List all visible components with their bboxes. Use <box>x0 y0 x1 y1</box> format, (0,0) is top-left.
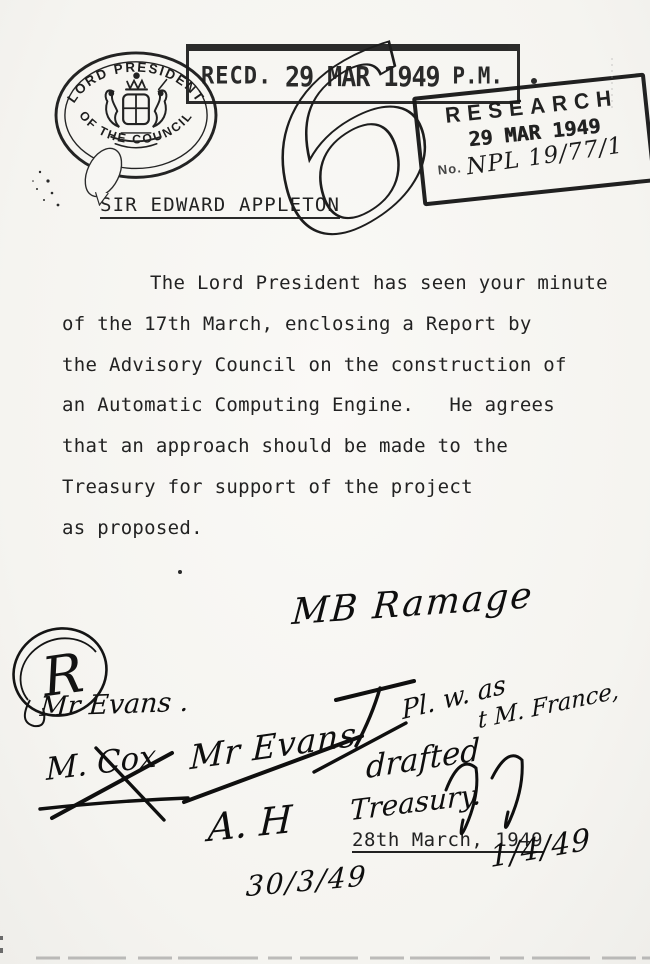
paper-tear-blot <box>78 142 129 205</box>
initials-flourish-2 <box>492 756 522 828</box>
handwritten-date-30-3-49: 30/3/49 <box>245 859 368 903</box>
research-registry-stamp: RESEARCH 29 MAR 1949 No. NPL 19/77/1 <box>412 73 650 207</box>
recd-date: 29 MAR 1949 <box>285 60 440 92</box>
body-line: an Automatic Computing Engine. He agrees <box>62 394 602 435</box>
note-m-cox-struck: M. Cox <box>46 738 157 788</box>
recd-meridiem: P.M. <box>452 63 503 89</box>
body-line: of the 17th March, enclosing a Report by <box>62 313 602 354</box>
body-line: the Advisory Council on the construction… <box>62 354 602 395</box>
recd-label: RECD. <box>201 62 272 90</box>
cox-underline-stroke <box>40 798 188 809</box>
research-stamp-number-label: No. <box>437 160 462 177</box>
scanned-memo-page: LORD PRESIDENT OF THE COUNCIL <box>0 0 650 964</box>
scan-edge-mark <box>0 936 3 940</box>
note-mr-evans-struck: Mr Evans <box>189 714 357 777</box>
routing-note-fragment-3: drafted <box>366 732 480 787</box>
tick-mark-t-stem <box>356 688 380 746</box>
body-line: Treasury for support of the project <box>62 476 602 517</box>
memo-body: The Lord President has seen your minute … <box>62 272 602 558</box>
signature-ramage: MB Ramage <box>291 575 535 633</box>
reviewer-initials: A. H <box>207 797 293 850</box>
scan-edge-mark <box>0 948 3 953</box>
body-line: as proposed. <box>62 517 602 558</box>
body-line: that an approach should be made to the <box>62 435 602 476</box>
note-mr-evans: Mr Evans . <box>39 687 190 723</box>
body-line: The Lord President has seen your minute <box>62 272 602 313</box>
